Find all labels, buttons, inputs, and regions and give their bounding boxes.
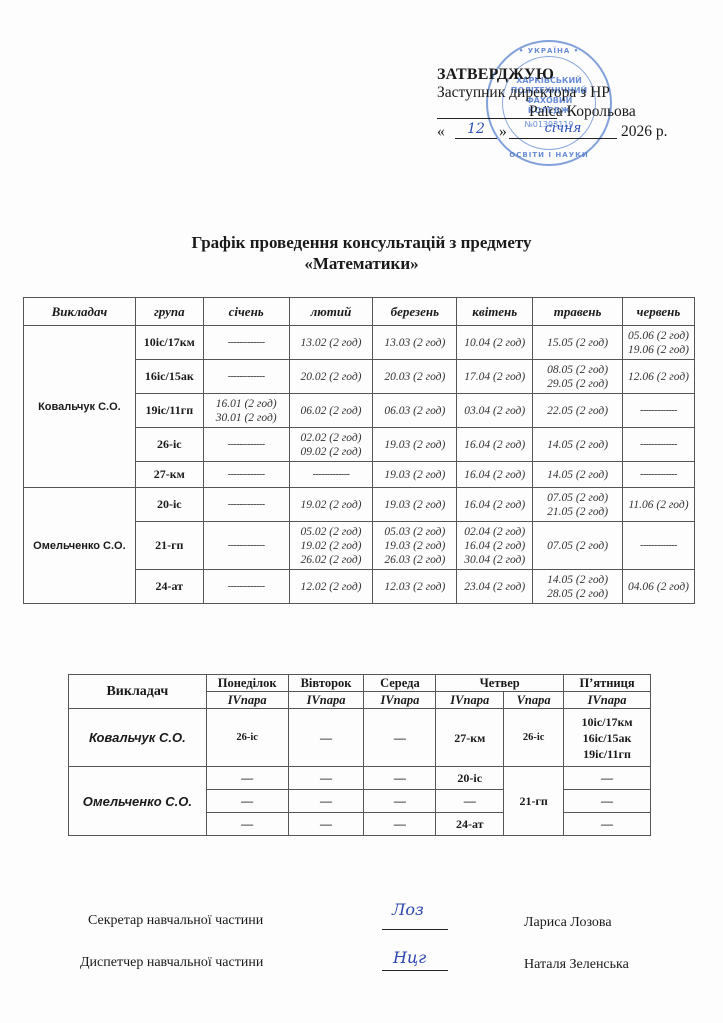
signature-name: Лариса Лозова (524, 915, 612, 931)
day-thursday: Четвер (436, 675, 564, 692)
consultations-header-cell: березень (373, 298, 457, 326)
weekly-cell: 26-іс (504, 709, 564, 767)
consultation-date-cell: ------------- (203, 522, 289, 570)
stamp-ring-top: • УКРАЇНА • (488, 47, 610, 56)
weekly-teacher-name: Ковальчук С.О. (69, 709, 207, 767)
consultations-header-cell: квітень (457, 298, 533, 326)
signature-role: Секретар навчальної частини (88, 913, 263, 929)
consultations-header-cell: січень (203, 298, 289, 326)
group-cell: 24-ат (135, 570, 203, 604)
weekly-cell: 20-іс (436, 767, 504, 790)
weekly-teacher-name: Омельченко С.О. (69, 767, 207, 836)
consultation-date-cell: 16.01 (2 год) 30.01 (2 год) (203, 394, 289, 428)
weekly-cell: — (436, 790, 504, 813)
consultation-date-cell: 12.03 (2 год) (373, 570, 457, 604)
consultation-date-cell: ------------- (203, 570, 289, 604)
weekly-cell: — (564, 767, 651, 790)
signature-line (382, 929, 448, 930)
weekly-cell: — (288, 767, 364, 790)
consultation-date-cell: 05.02 (2 год) 19.02 (2 год) 26.02 (2 год… (289, 522, 373, 570)
consultation-date-cell: 02.02 (2 год) 09.02 (2 год) (289, 428, 373, 462)
weekly-cell: — (364, 709, 436, 767)
weekly-cell: — (288, 813, 364, 836)
consultations-header-cell: травень (533, 298, 623, 326)
consultation-date-cell: ------------- (623, 522, 695, 570)
consultation-date-cell: 14.05 (2 год) (533, 462, 623, 488)
consultation-date-cell: ------------- (623, 428, 695, 462)
consultation-date-cell: 14.05 (2 год) (533, 428, 623, 462)
consultation-date-cell: 15.05 (2 год) (533, 326, 623, 360)
consultation-date-cell: 23.04 (2 год) (457, 570, 533, 604)
consultation-date-cell: 16.04 (2 год) (457, 462, 533, 488)
approval-block: ЗАТВЕРДЖУЮ Заступник директора з НР Раїс… (437, 66, 707, 142)
consultations-header-cell: лютий (289, 298, 373, 326)
weekly-schedule-table: Викладач Понеділок Вівторок Середа Четве… (68, 674, 651, 836)
approval-heading: ЗАТВЕРДЖУЮ (437, 66, 707, 84)
consultation-row: Омельченко С.О.20-іс-------------19.02 (… (24, 488, 695, 522)
consultation-date-cell: ------------- (203, 326, 289, 360)
consultation-date-cell: 08.05 (2 год) 29.05 (2 год) (533, 360, 623, 394)
approval-month: січня (509, 120, 617, 139)
consultations-table: Викладачгрупасіченьлютийберезеньквітеньт… (23, 297, 695, 604)
group-cell: 16іс/15ак (135, 360, 203, 394)
consultation-date-cell: ------------- (623, 462, 695, 488)
pair-label: IVпара (206, 692, 288, 709)
document-title: Графік проведення консультацій з предмет… (0, 232, 723, 274)
signature-line (382, 970, 448, 971)
weekly-cell: 26-іс (206, 709, 288, 767)
day-tuesday: Вівторок (288, 675, 364, 692)
signature-scribble: Лоз (392, 900, 424, 919)
consultation-date-cell: 07.05 (2 год) (533, 522, 623, 570)
consultations-header-row: Викладачгрупасіченьлютийберезеньквітеньт… (24, 298, 695, 326)
consultation-date-cell: ------------- (289, 462, 373, 488)
group-cell: 26-іс (135, 428, 203, 462)
consultation-date-cell: 10.04 (2 год) (457, 326, 533, 360)
pair-label: IVпара (364, 692, 436, 709)
consultation-date-cell: ------------- (203, 488, 289, 522)
signature-role: Диспетчер навчальної частини (80, 955, 263, 971)
consultation-date-cell: 19.02 (2 год) (289, 488, 373, 522)
weekly-teacher-header: Викладач (69, 675, 207, 709)
consultation-date-cell: 06.03 (2 год) (373, 394, 457, 428)
consultation-date-cell: ------------- (203, 428, 289, 462)
weekly-cell: — (364, 813, 436, 836)
weekly-cell: — (364, 767, 436, 790)
consultation-date-cell: 12.02 (2 год) (289, 570, 373, 604)
consultations-header-cell: червень (623, 298, 695, 326)
day-monday: Понеділок (206, 675, 288, 692)
stamp-ring-bottom: ОСВІТИ І НАУКИ (488, 151, 610, 160)
weekly-cell: — (206, 790, 288, 813)
weekly-row-kovalchuk: Ковальчук С.О. 26-іс — — 27-км 26-іс 10і… (69, 709, 651, 767)
weekly-cell: 10іс/17км 16іс/15ак 19іс/11гп (564, 709, 651, 767)
consultation-date-cell: 04.06 (2 год) (623, 570, 695, 604)
pair-label: IVпара (564, 692, 651, 709)
consultation-date-cell: 16.04 (2 год) (457, 488, 533, 522)
consultation-date-cell: 14.05 (2 год) 28.05 (2 год) (533, 570, 623, 604)
consultation-date-cell: 19.03 (2 год) (373, 428, 457, 462)
consultations-header-cell: група (135, 298, 203, 326)
consultation-date-cell: 12.06 (2 год) (623, 360, 695, 394)
weekly-cell: 24-ат (436, 813, 504, 836)
weekly-cell: — (564, 790, 651, 813)
consultation-date-cell: 19.03 (2 год) (373, 488, 457, 522)
consultation-date-cell: 07.05 (2 год) 21.05 (2 год) (533, 488, 623, 522)
weekly-row-omelchenko: Омельченко С.О. — — — 20-іс 21-гп — (69, 767, 651, 790)
weekly-cell: — (206, 813, 288, 836)
pair-label: IVпара (436, 692, 504, 709)
signature-name: Наталя Зеленська (524, 957, 629, 973)
weekly-cell: — (564, 813, 651, 836)
consultations-header-cell: Викладач (24, 298, 136, 326)
consultation-date-cell: 05.03 (2 год) 19.03 (2 год) 26.03 (2 год… (373, 522, 457, 570)
group-cell: 20-іс (135, 488, 203, 522)
pair-label: Vпара (504, 692, 564, 709)
weekly-day-row: Викладач Понеділок Вівторок Середа Четве… (69, 675, 651, 692)
consultation-date-cell: 17.04 (2 год) (457, 360, 533, 394)
signature-scribble: Нцг (393, 948, 426, 967)
teacher-name: Омельченко С.О. (24, 488, 136, 604)
teacher-name: Ковальчук С.О. (24, 326, 136, 488)
approval-day: 12 (455, 120, 497, 139)
weekly-cell: — (206, 767, 288, 790)
day-friday: П’ятниця (564, 675, 651, 692)
weekly-cell: — (364, 790, 436, 813)
pair-label: IVпара (288, 692, 364, 709)
approval-position: Заступник директора з НР (437, 84, 707, 102)
consultation-date-cell: 16.04 (2 год) (457, 428, 533, 462)
weekly-cell: 21-гп (504, 767, 564, 836)
weekly-cell: — (288, 790, 364, 813)
consultation-date-cell: 11.06 (2 год) (623, 488, 695, 522)
consultation-date-cell: 20.03 (2 год) (373, 360, 457, 394)
group-cell: 27-км (135, 462, 203, 488)
weekly-cell: — (288, 709, 364, 767)
day-wednesday: Середа (364, 675, 436, 692)
consultation-date-cell: 13.02 (2 год) (289, 326, 373, 360)
approval-year: 2026 р. (621, 123, 668, 141)
consultation-date-cell: 03.04 (2 год) (457, 394, 533, 428)
group-cell: 10іс/17км (135, 326, 203, 360)
approval-name: Раїса Корольова (529, 103, 636, 121)
weekly-cell: 27-км (436, 709, 504, 767)
approval-date: « 12 » січня 2026 р. (437, 122, 707, 142)
consultation-date-cell: 19.03 (2 год) (373, 462, 457, 488)
consultation-row: Ковальчук С.О.10іс/17км-------------13.0… (24, 326, 695, 360)
consultation-date-cell: ------------- (623, 394, 695, 428)
consultation-date-cell: 05.06 (2 год) 19.06 (2 год) (623, 326, 695, 360)
consultation-date-cell: 13.03 (2 год) (373, 326, 457, 360)
group-cell: 19іс/11гп (135, 394, 203, 428)
consultation-date-cell: ------------- (203, 360, 289, 394)
consultation-date-cell: 20.02 (2 год) (289, 360, 373, 394)
consultation-date-cell: 22.05 (2 год) (533, 394, 623, 428)
consultation-date-cell: 02.04 (2 год) 16.04 (2 год) 30.04 (2 год… (457, 522, 533, 570)
group-cell: 21-гп (135, 522, 203, 570)
consultation-date-cell: 06.02 (2 год) (289, 394, 373, 428)
consultation-date-cell: ------------- (203, 462, 289, 488)
